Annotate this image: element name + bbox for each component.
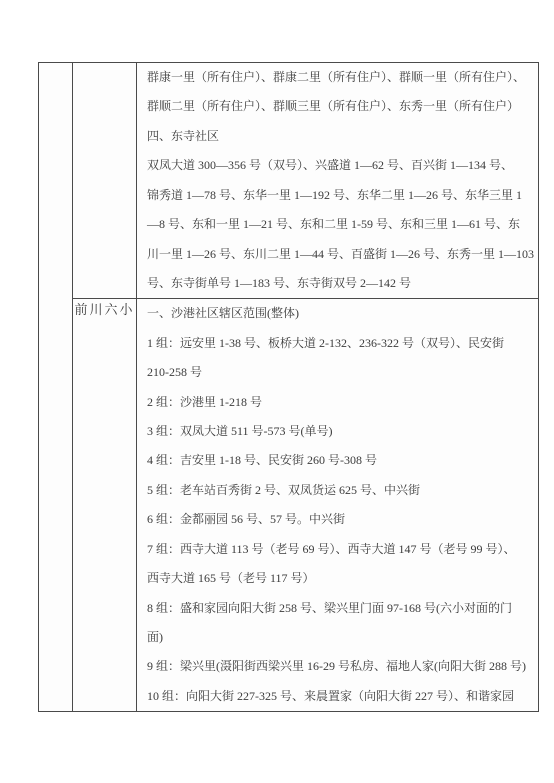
document-page: 群康一里（所有住户）、群康二里（所有住户）、群顺一里（所有住户）、群顺二里（所有… (0, 0, 554, 783)
address-line: 四、东寺社区 (137, 122, 538, 151)
school-cell-row-2: 前川六小 (73, 299, 137, 712)
school-label: 前川六小 (74, 302, 134, 317)
table-row-1: 群康一里（所有住户）、群康二里（所有住户）、群顺一里（所有住户）、群顺二里（所有… (39, 63, 539, 299)
address-line: 群康一里（所有住户）、群康二里（所有住户）、群顺一里（所有住户）、 (137, 63, 538, 92)
address-line: 2 组：沙港里 1-218 号 (137, 388, 538, 417)
address-line: —8 号、东和一里 1—21 号、东和二里 1-59 号、东和三里 1—61 号… (137, 210, 538, 239)
address-line: 9 组：梁兴里(滠阳街西梁兴里 16-29 号私房、福地人家(向阳大街 288 … (137, 652, 538, 681)
address-line: 8 组：盛和家园向阳大街 258 号、梁兴里门面 97-168 号(六小对面的门 (137, 594, 538, 623)
address-line: 210-258 号 (137, 358, 538, 387)
address-line: 1 组：远安里 1-38 号、板桥大道 2-132、236-322 号（双号）、… (137, 329, 538, 358)
address-line: 面) (137, 623, 538, 652)
address-line: 7 组：西寺大道 113 号（老号 69 号）、西寺大道 147 号（老号 99… (137, 535, 538, 564)
address-cell-row-2: 一、沙港社区辖区范围(整体)1 组：远安里 1-38 号、板桥大道 2-132、… (137, 299, 539, 712)
address-line: 3 组：双凤大道 511 号-573 号(单号) (137, 417, 538, 446)
address-line: 10 组：向阳大街 227-325 号、来晨置家（向阳大街 227 号）、和谐家… (137, 682, 538, 711)
address-line: 锦秀道 1—78 号、东华一里 1—192 号、东华二里 1—26 号、东华三里… (137, 181, 538, 210)
address-line: 5 组：老车站百秀街 2 号、双凤货运 625 号、中兴街 (137, 476, 538, 505)
table-row-2: 前川六小 一、沙港社区辖区范围(整体)1 组：远安里 1-38 号、板桥大道 2… (39, 299, 539, 712)
address-line: 西寺大道 165 号（老号 117 号） (137, 564, 538, 593)
school-zoning-table: 群康一里（所有住户）、群康二里（所有住户）、群顺一里（所有住户）、群顺二里（所有… (38, 62, 539, 712)
address-line: 川一里 1—26 号、东川二里 1—44 号、百盛街 1—26 号、东秀一里 1… (137, 240, 538, 269)
address-cell-row-1: 群康一里（所有住户）、群康二里（所有住户）、群顺一里（所有住户）、群顺二里（所有… (137, 63, 539, 299)
address-line: 群顺二里（所有住户）、群顺三里（所有住户）、东秀一里（所有住户） (137, 92, 538, 121)
address-line: 双凤大道 300—356 号（双号）、兴盛道 1—62 号、百兴街 1—134 … (137, 151, 538, 180)
address-line: 4 组：吉安里 1-18 号、民安街 260 号-308 号 (137, 446, 538, 475)
address-line: 6 组：金都丽园 56 号、57 号。中兴街 (137, 505, 538, 534)
address-line: 号、东寺街单号 1—183 号、东寺街双号 2—142 号 (137, 269, 538, 298)
address-line: 一、沙港社区辖区范围(整体) (137, 299, 538, 328)
index-cell (39, 63, 73, 712)
school-cell-row-1 (73, 63, 137, 299)
